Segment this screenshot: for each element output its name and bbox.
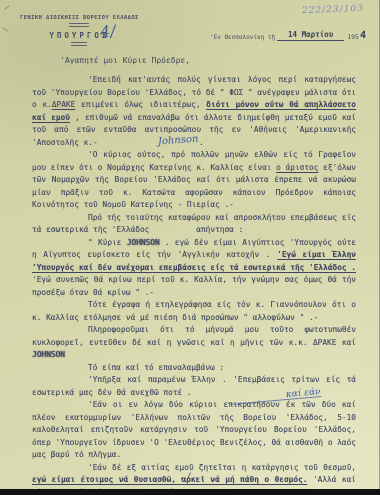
- paragraph-7: Τό είπα καί τό επαναλαμβάνω :: [32, 362, 356, 375]
- paragraph-2: 'Ο κύριος ούτος, πρό πολλῶν μηνῶν ελθών …: [32, 149, 356, 212]
- protocol-number-handwritten: 4/: [99, 21, 116, 42]
- handwritten-name-johnson: Johnson: [103, 139, 199, 146]
- paragraph-text: " Κύριε: [88, 238, 127, 247]
- paragraph-1: 'Επειδή κατ'αυτάς πολύς γίνεται λόγος πε…: [32, 74, 356, 149]
- paragraph-text: Τό είπα καί τό επαναλαμβάνω :: [88, 363, 224, 372]
- paragraph-text: Πληροφοροῦμαι ότι τό μήνυμά μου τοῦτο φω…: [32, 325, 356, 347]
- date-typed-value: 14 Μαρτίου: [277, 30, 344, 41]
- paragraph-5: Τότε έγραψα ή ετηλεγράφησα είς τόν κ. Γι…: [32, 299, 356, 324]
- pencil-mark: [2, 27, 9, 31]
- letterhead-rule: [69, 23, 89, 27]
- paragraph-text: 'Εάν οι εν λόγω δύο κύριοι επικρατήσουν …: [32, 400, 356, 459]
- paragraph-9: καί εάν'Εάν οι εν λόγω δύο κύριοι επικρα…: [32, 399, 356, 462]
- paragraph-text: επιμένει όλως ιδιαιτέρως,: [75, 100, 206, 109]
- file-ref-handwritten: 222/23/103: [302, 4, 364, 16]
- scan-edge: [0, 489, 380, 495]
- typed-name-johnson: JOHNSON: [32, 350, 65, 359]
- letterhead: ΓΕΝΙΚΗ ΔΙΟΙΚΗΣΙΣ ΒΟΡΕΙΟΥ ΕΛΛΑΔΟΣ ΥΠΟΥΡΓΟ…: [20, 15, 139, 46]
- pencil-mark: [4, 5, 9, 10]
- underlined-phrase: ο άριστος: [276, 163, 318, 172]
- letterhead-rule: [71, 42, 87, 46]
- letter-body: 'Αγαπητέ μοι Κύριε Πρόεδρε, 'Επειδή κατ'…: [32, 56, 356, 495]
- salutation: 'Αγαπητέ μοι Κύριε Πρόεδρε,: [32, 56, 356, 65]
- date-place-label: 'Εν Θεσσαλονίκη τῇ: [210, 34, 277, 41]
- paragraph-6: Πληροφοροῦμαι ότι τό μήνυμά μου τοῦτο φω…: [32, 324, 356, 362]
- paragraph-text: Πρό τῆς τοιαύτης καταφώρου καί απροσκλήτ…: [32, 213, 356, 235]
- continuation-mark: ./.: [0, 472, 380, 482]
- year-digit-handwritten: 4: [360, 30, 367, 41]
- paragraph-text: .: [199, 138, 204, 147]
- org-name: ΓΕΝΙΚΗ ΔΙΟΙΚΗΣΙΣ ΒΟΡΕΙΟΥ ΕΛΛΑΔΟΣ: [20, 15, 139, 21]
- year-printed: 195: [344, 33, 359, 41]
- paragraph-text: Τότε έγραψα ή ετηλεγράφησα είς τόν κ. Γι…: [32, 300, 356, 322]
- underlined-name-drake: ΔΡΑΚΕ: [52, 100, 75, 109]
- minister-title: ΥΠΟΥΡΓΟΣ: [20, 31, 139, 40]
- date-line: 'Εν Θεσσαλονίκη τῇ 14 Μαρτίου 195 4: [210, 30, 366, 41]
- paragraph-text: 'Εγώ συνεπῶς θά κρίνω περί τοῦ κ. Καλλία…: [32, 275, 356, 297]
- scanned-letter-page: ΓΕΝΙΚΗ ΔΙΟΙΚΗΣΙΣ ΒΟΡΕΙΟΥ ΕΛΛΑΔΟΣ ΥΠΟΥΡΓΟ…: [0, 0, 380, 495]
- typed-name-johnson: JOHNSON: [127, 238, 160, 247]
- paragraph-text: 'Εάν δέ εξ αιτίας εμοῦ ζητεῖται η κατάργ…: [88, 463, 356, 472]
- paragraph-3: Πρό τῆς τοιαύτης καταφώρου καί απροσκλήτ…: [32, 212, 356, 237]
- paragraph-4: " Κύριε JOHNSON . εγώ δέν είμαι Αιγύπτιο…: [32, 237, 356, 300]
